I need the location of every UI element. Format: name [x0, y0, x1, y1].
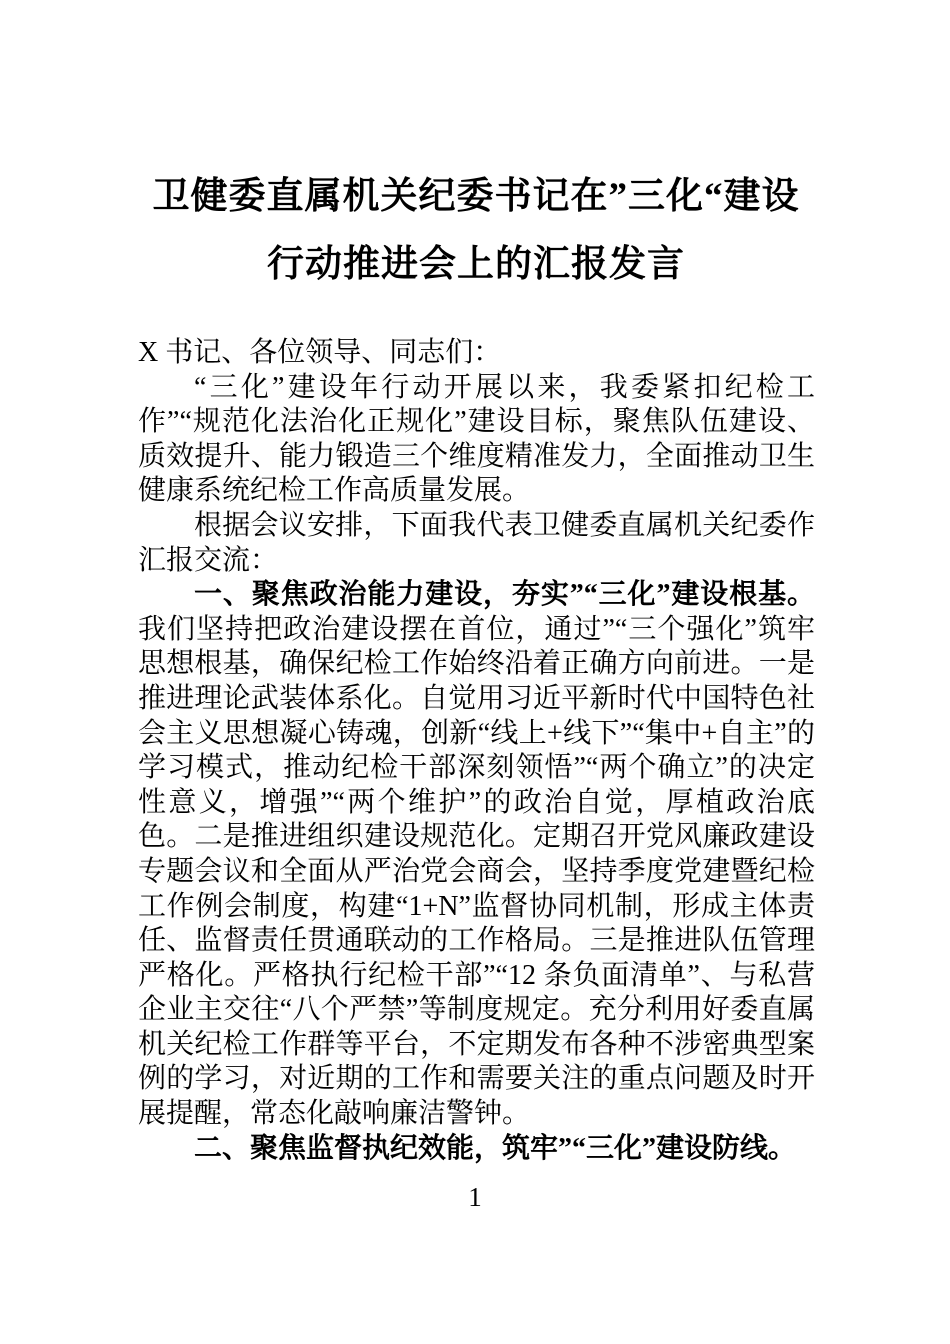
section-heading: 二、聚焦监督执纪效能，筑牢”“三化”建设防线。	[194, 1133, 796, 1164]
document-body: X 书记、各位领导、同志们：“三化”建设年行动开展以来，我委紧扣纪检工作”“规范…	[138, 336, 815, 1166]
document-title: 卫健委直属机关纪委书记在”三化“建设 行动推进会上的汇报发言	[130, 163, 822, 299]
paragraph-text: 我们坚持把政治建设摆在首位，通过”“三个强化”筑牢思想根基，确保纪检工作始终沿着…	[138, 614, 815, 1129]
document-title-line-1: 卫健委直属机关纪委书记在”三化“建设	[130, 163, 822, 231]
document-title-line-2: 行动推进会上的汇报发言	[130, 231, 822, 299]
section-heading: 一、聚焦政治能力建设，夯实”“三化”建设根基。	[194, 579, 815, 610]
paragraph: 二、聚焦监督执纪效能，筑牢”“三化”建设防线。	[138, 1132, 815, 1167]
paragraph: “三化”建设年行动开展以来，我委紧扣纪检工作”“规范化法治化正规化”建设目标，聚…	[138, 371, 815, 509]
paragraph: X 书记、各位领导、同志们：	[138, 336, 815, 371]
page-number: 1	[0, 1182, 950, 1212]
paragraph: 根据会议安排，下面我代表卫健委直属机关纪委作汇报交流：	[138, 509, 815, 578]
paragraph-text: “三化”建设年行动开展以来，我委紧扣纪检工作”“规范化法治化正规化”建设目标，聚…	[138, 372, 815, 507]
document-page: 卫健委直属机关纪委书记在”三化“建设 行动推进会上的汇报发言 X 书记、各位领导…	[0, 0, 950, 1344]
paragraph-text: 根据会议安排，下面我代表卫健委直属机关纪委作汇报交流：	[138, 510, 815, 576]
paragraph-text: X 书记、各位领导、同志们：	[138, 337, 501, 368]
paragraph: 一、聚焦政治能力建设，夯实”“三化”建设根基。我们坚持把政治建设摆在首位，通过”…	[138, 578, 815, 1132]
